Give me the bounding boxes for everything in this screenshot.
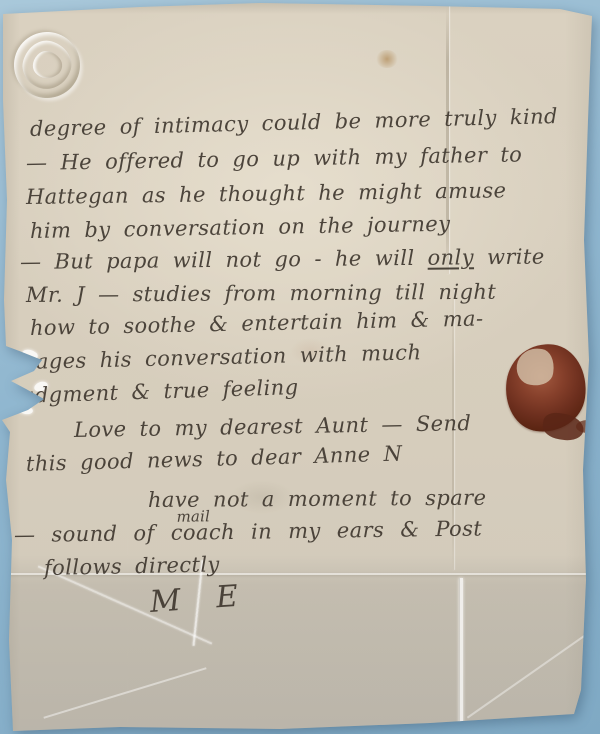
letter-line: Mr. J — studies from morning till night: [26, 281, 496, 307]
line-text-segment: — sound of: [14, 521, 171, 547]
line-text-segment: in my ears & Post: [235, 516, 483, 543]
letter-line: — He offered to go up with my father to: [26, 143, 523, 175]
letter-line: nages his conversation with much: [22, 341, 422, 374]
letter-line: follows directly: [44, 553, 220, 580]
photo-background: degree of intimacy could be more truly k…: [0, 0, 600, 734]
letter-line: him by conversation on the journey: [30, 213, 451, 243]
letter-line: Hattegan as he thought he might amuse: [26, 179, 507, 209]
letter-line: Love to my dearest Aunt — Send: [74, 412, 472, 442]
inserted-word: mail: [176, 508, 210, 525]
caret-insertion: mailcoach: [171, 521, 236, 545]
paper-sheet: degree of intimacy could be more truly k…: [0, 0, 600, 734]
letter-line: how to soothe & entertain him & ma-: [30, 308, 484, 341]
letter-line: degree of intimacy could be more truly k…: [30, 105, 558, 141]
letter-paper: degree of intimacy could be more truly k…: [0, 0, 600, 734]
line-text-segment: write: [474, 245, 545, 270]
line-text-segment: — But papa will not go - he will: [20, 246, 428, 274]
letter-line: — But papa will not go - he will only wr…: [20, 246, 545, 275]
letter-text: degree of intimacy could be more truly k…: [0, 0, 600, 734]
underlined-word: only: [427, 245, 474, 269]
letter-line: judgment & true feeling: [14, 376, 299, 408]
letter-line: this good news to dear Anne N: [26, 442, 403, 476]
letter-line: — sound of mailcoach in my ears & Post: [14, 517, 482, 547]
signature: M E: [149, 579, 249, 619]
